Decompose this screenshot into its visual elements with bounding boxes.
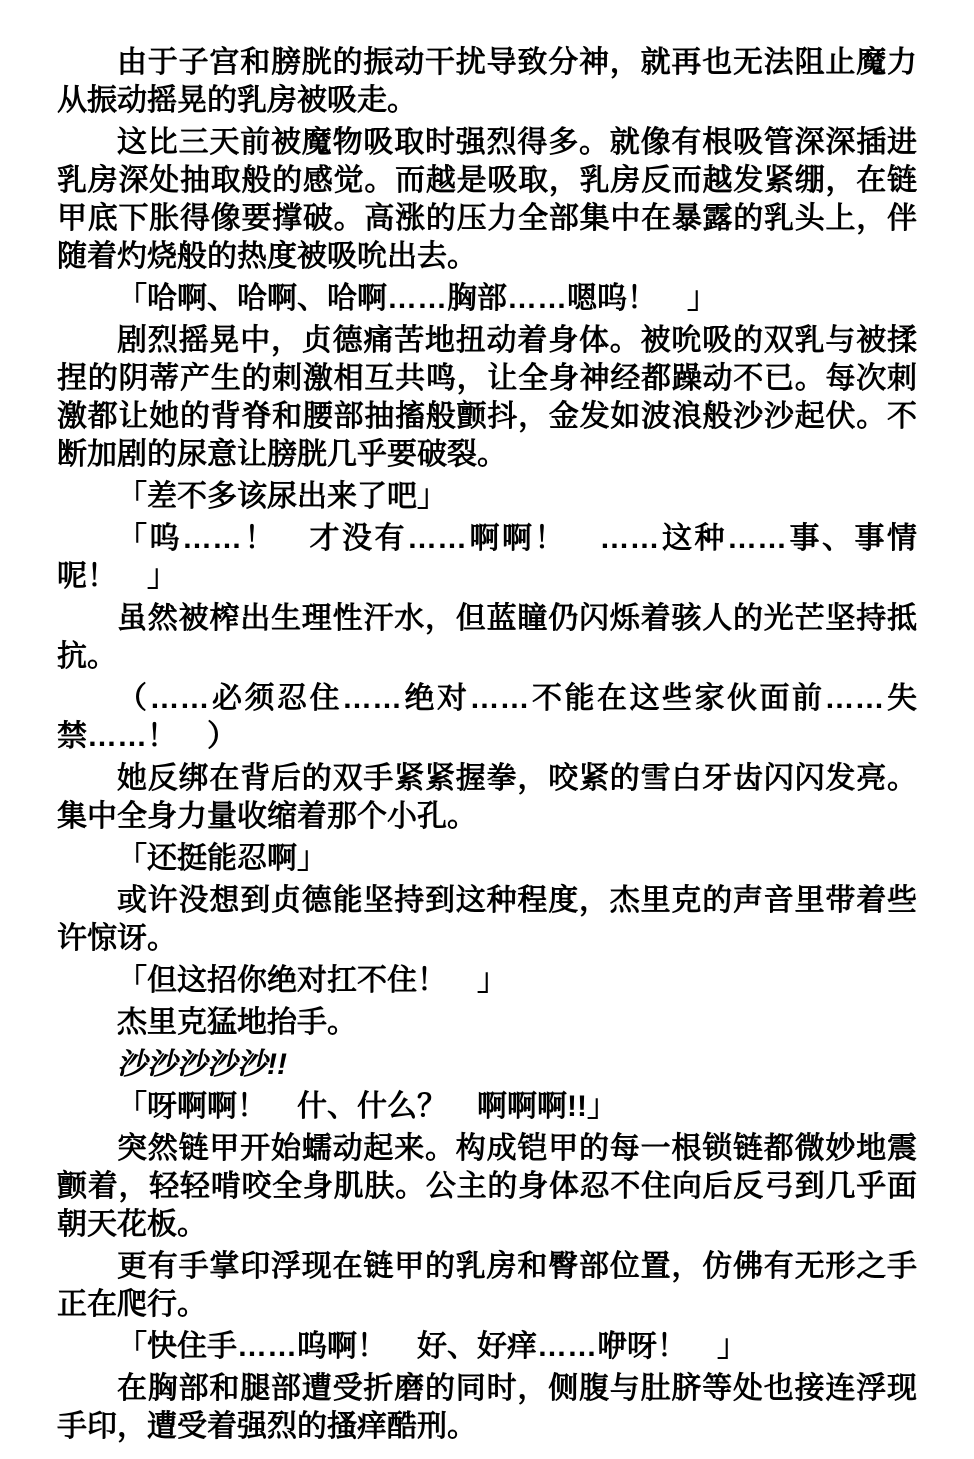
paragraph: 更有手掌印浮现在链甲的乳房和臀部位置，仿佛有无形之手正在爬行。 bbox=[57, 1248, 917, 1324]
paragraph: 突然链甲开始蠕动起来。构成铠甲的每一根锁链都微妙地震颤着，轻轻啃咬全身肌肤。公主… bbox=[57, 1130, 917, 1244]
paragraph: 由于子宫和膀胱的振动干扰导致分神，就再也无法阻止魔力从振动摇晃的乳房被吸走。 bbox=[57, 44, 917, 120]
paragraph-dialogue: 「快住手……呜啊！ 好、好痒……咿呀！ 」 bbox=[57, 1328, 917, 1366]
paragraph-dialogue: 「但这招你绝对扛不住！ 」 bbox=[57, 962, 917, 1000]
paragraph-dialogue: 「差不多该尿出来了吧」 bbox=[57, 478, 917, 516]
paragraph-dialogue: 「呀啊啊！ 什、什么？ 啊啊啊!!」 bbox=[57, 1088, 917, 1126]
paragraph-inner-thought: （……必须忍住……绝对……不能在这些家伙面前……失禁……！ ） bbox=[57, 680, 917, 756]
paragraph: 杰里克猛地抬手。 bbox=[57, 1004, 917, 1042]
paragraph: 或许没想到贞德能坚持到这种程度，杰里克的声音里带着些许惊讶。 bbox=[57, 882, 917, 958]
paragraph: 虽然被榨出生理性汗水，但蓝瞳仍闪烁着骇人的光芒坚持抵抗。 bbox=[57, 600, 917, 676]
paragraph-dialogue: 「还挺能忍啊」 bbox=[57, 840, 917, 878]
paragraph-sound-effect: 沙沙沙沙沙!! bbox=[57, 1046, 917, 1084]
paragraph: 剧烈摇晃中，贞德痛苦地扭动着身体。被吮吸的双乳与被揉捏的阴蒂产生的刺激相互共鸣，… bbox=[57, 322, 917, 474]
page-content: 由于子宫和膀胱的振动干扰导致分神，就再也无法阻止魔力从振动摇晃的乳房被吸走。 这… bbox=[0, 0, 974, 1459]
paragraph: 在胸部和腿部遭受折磨的同时，侧腹与肚脐等处也接连浮现手印，遭受着强烈的搔痒酷刑。 bbox=[57, 1370, 917, 1446]
paragraph: 她反绑在背后的双手紧紧握拳，咬紧的雪白牙齿闪闪发亮。集中全身力量收缩着那个小孔。 bbox=[57, 760, 917, 836]
paragraph-dialogue: 「哈啊、哈啊、哈啊……胸部……嗯呜！ 」 bbox=[57, 280, 917, 318]
paragraph: 这比三天前被魔物吸取时强烈得多。就像有根吸管深深插进乳房深处抽取般的感觉。而越是… bbox=[57, 124, 917, 276]
paragraph-dialogue: 「呜……！ 才没有……啊啊！ ……这种……事、事情呢！ 」 bbox=[57, 520, 917, 596]
